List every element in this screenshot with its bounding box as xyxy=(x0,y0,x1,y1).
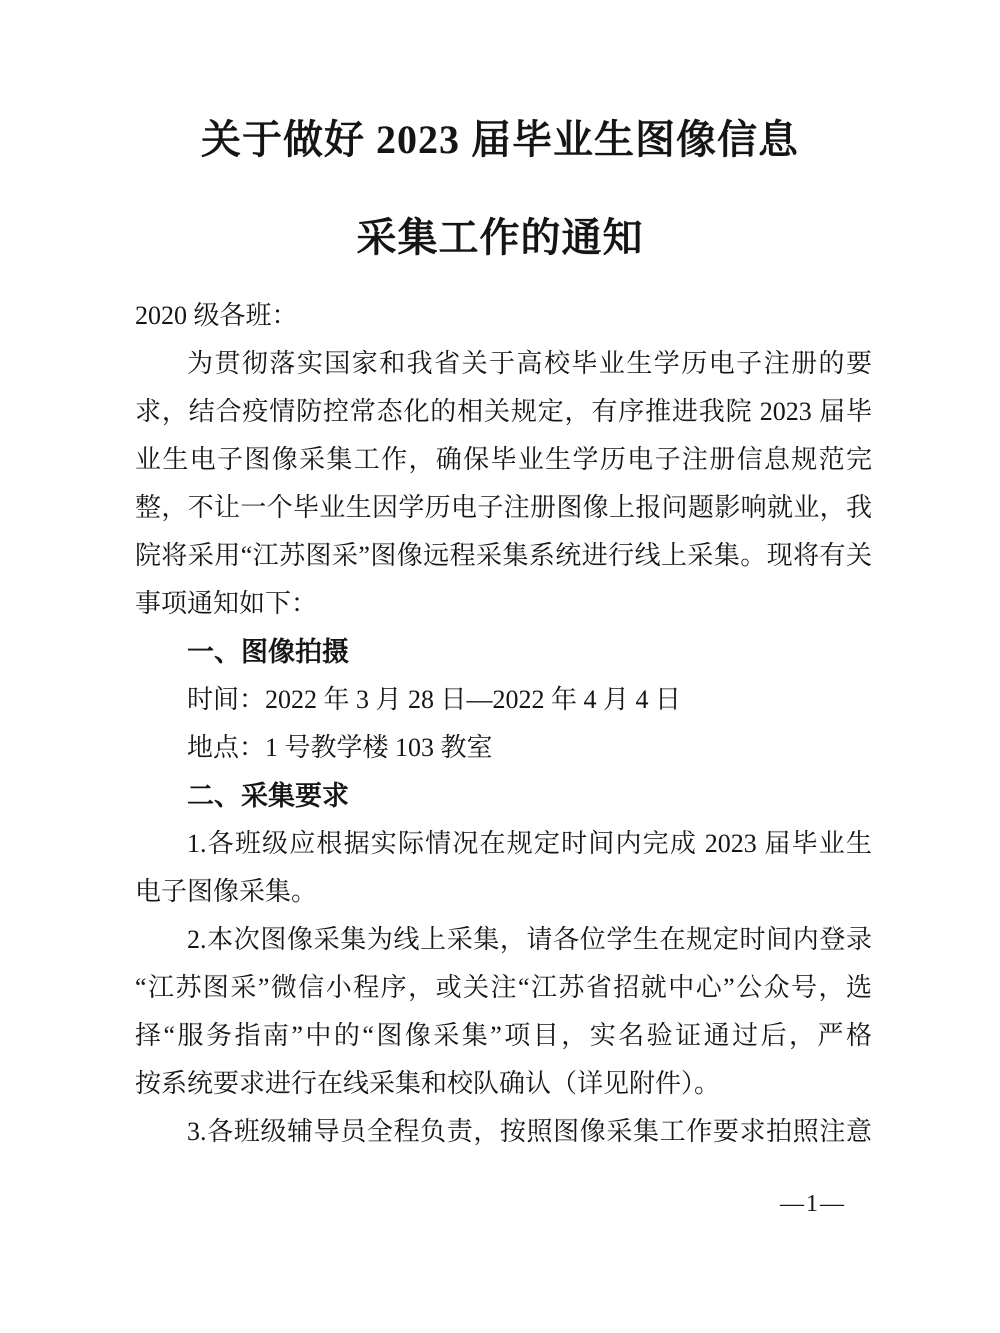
item-2-line-2: “江苏图采”微信小程序，或关注“江苏省招就中心”公众号，选 xyxy=(135,964,872,1012)
item-2-line-1: 2.本次图像采集为线上采集，请各位学生在规定时间内登录 xyxy=(135,916,872,964)
section-1-heading: 一、图像拍摄 xyxy=(135,628,872,676)
document-title-line1: 关于做好 2023 届毕业生图像信息 xyxy=(0,118,1000,162)
item-1-line-2: 电子图像采集。 xyxy=(135,868,872,916)
document-page: 关于做好 2023 届毕业生图像信息 采集工作的通知 2020 级各班： 为贯彻… xyxy=(0,0,1000,1333)
item-2-line-4: 按系统要求进行在线采集和校队确认（详见附件）。 xyxy=(135,1060,872,1108)
intro-line-6: 事项通知如下： xyxy=(135,580,872,628)
location-line: 地点：1 号教学楼 103 教室 xyxy=(135,724,872,772)
intro-line-2: 求，结合疫情防控常态化的相关规定，有序推进我院 2023 届毕 xyxy=(135,388,872,436)
salutation-line: 2020 级各班： xyxy=(135,292,872,340)
intro-line-1: 为贯彻落实国家和我省关于高校毕业生学历电子注册的要 xyxy=(135,340,872,388)
time-line: 时间：2022 年 3 月 28 日—2022 年 4 月 4 日 xyxy=(135,676,872,724)
intro-line-5: 院将采用“江苏图采”图像远程采集系统进行线上采集。现将有关 xyxy=(135,532,872,580)
page-number: —1— xyxy=(135,1180,872,1228)
section-2-heading: 二、采集要求 xyxy=(135,772,872,820)
intro-line-3: 业生电子图像采集工作，确保毕业生学历电子注册信息规范完 xyxy=(135,436,872,484)
item-3-line-1: 3.各班级辅导员全程负责，按照图像采集工作要求拍照注意 xyxy=(135,1108,872,1156)
intro-line-4: 整，不让一个毕业生因学历电子注册图像上报问题影响就业，我 xyxy=(135,484,872,532)
document-body: 2020 级各班： 为贯彻落实国家和我省关于高校毕业生学历电子注册的要 求，结合… xyxy=(135,292,872,1228)
item-2-line-3: 择“服务指南”中的“图像采集”项目，实名验证通过后，严格 xyxy=(135,1012,872,1060)
item-1-line-1: 1.各班级应根据实际情况在规定时间内完成 2023 届毕业生 xyxy=(135,820,872,868)
document-title-line2: 采集工作的通知 xyxy=(0,216,1000,260)
